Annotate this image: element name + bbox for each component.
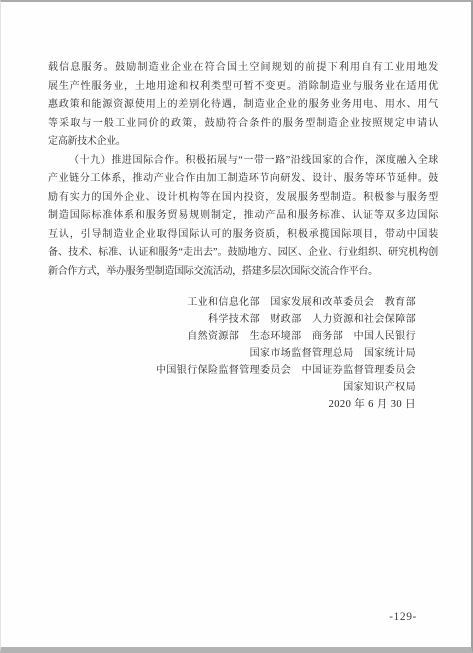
text-line: 制造国际标准体系和服务贸易规则制定，推动产品和服务标准、认证等双多边国际 (48, 207, 438, 226)
document-text-block: 载信息服务。鼓励制造业企业在符合国土空间规划的前提下利用自有工业用地发 展生产性… (48, 59, 438, 414)
text-line: 等采取与一般工业同价的政策，鼓励符合条件的服务型制造企业按照规定申请认 (48, 115, 438, 134)
text-line: 励有实力的国外企业、设计机构等在国内投资，发展服务型制造。积极参与服务型 (48, 189, 438, 208)
signature-block: 工业和信息化部 国家发展和改革委员会 教育部 科学技术部 财政部 人力资源和社会… (48, 294, 438, 414)
text-line: 产业链分工体系，推动产业合作由加工制造环节向研发、设计、服务等环节延伸。鼓 (48, 170, 438, 189)
body-paragraph-item-19: （十九）推进国际合作。积极拓展与“一带一路”沿线国家的合作，深度融入全球 产业链… (48, 152, 438, 282)
text-line: 惠政策和能源资源使用上的差别化待遇，制造业企业的服务业务用电、用水、用气 (48, 96, 438, 115)
signatory-line: 自然资源部 生态环境部 商务部 中国人民银行 (48, 328, 416, 345)
text-line: （十九）推进国际合作。积极拓展与“一带一路”沿线国家的合作，深度融入全球 (48, 152, 438, 171)
signatory-line: 国家知识产权局 (48, 379, 416, 396)
text-line: 新合作方式，举办服务型制造国际交流活动，搭建多层次国际交流合作平台。 (48, 263, 438, 282)
document-date: 2020 年 6 月 30 日 (48, 396, 416, 414)
text-line: 载信息服务。鼓励制造业企业在符合国土空间规划的前提下利用自有工业用地发 (48, 59, 438, 78)
text-line: 定高新技术企业。 (48, 133, 438, 152)
scanned-document-page: 载信息服务。鼓励制造业企业在符合国土空间规划的前提下利用自有工业用地发 展生产性… (0, 0, 473, 653)
signatory-line: 中国银行保险监督管理委员会 中国证券监督管理委员会 (48, 362, 416, 379)
text-line: 互认，引导制造业企业取得国际认可的服务资质，积极承揽国际项目，带动中国装 (48, 226, 438, 245)
text-line: 备、技术、标准、认证和服务“走出去”。鼓励地方、园区、企业、行业组织、研究机构创 (48, 244, 438, 263)
signatory-line: 科学技术部 财政部 人力资源和社会保障部 (48, 311, 416, 328)
signatory-line: 工业和信息化部 国家发展和改革委员会 教育部 (48, 294, 416, 311)
signatory-line: 国家市场监督管理总局 国家统计局 (48, 345, 416, 362)
page-number: -129- (389, 611, 417, 623)
text-line: 展生产性服务业，土地用途和权利类型可暂不变更。消除制造业与服务业在适用优 (48, 78, 438, 97)
body-paragraph-continuation: 载信息服务。鼓励制造业企业在符合国土空间规划的前提下利用自有工业用地发 展生产性… (48, 59, 438, 152)
